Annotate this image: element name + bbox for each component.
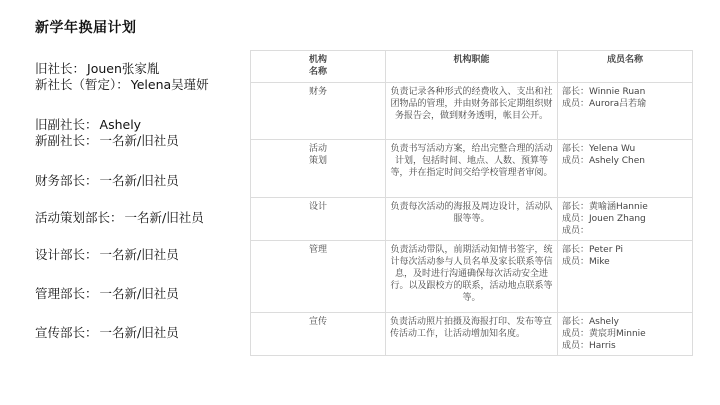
dept-name: 活动 策划 [251,140,386,198]
role-label: 宣传部长： [35,325,98,340]
role-label: 设计部长： [35,247,98,262]
member-line: 部长：Ashely [562,316,688,328]
dept-name: 财务 [251,83,386,140]
member-line: 成员：Harris [562,340,688,352]
role-label: 活动策划部长： [35,210,123,225]
role-publicity-head: 宣传部长：一名新/旧社员 [35,325,179,341]
org-table: 机构 名称 机构职能 成员名称 财务 负责记录各种形式的经费收入、支出和社团物品… [250,50,693,356]
page-title: 新学年换届计划 [35,17,137,37]
member-line: 成员：黄宸玥Minnie [562,328,688,340]
role-value: Yelena吴瑾妍 [131,77,209,92]
role-value: 一名新/旧社员 [100,325,179,340]
role-value: Ashely [100,117,142,132]
role-label: 旧副社长： [35,117,98,132]
role-management-head: 管理部长：一名新/旧社员 [35,286,179,302]
member-line: 成员：Mike [562,256,688,268]
role-value: 一名新/旧社员 [100,173,179,188]
dept-members: 部长：Winnie Ruan 成员：Aurora吕若瑜 [558,83,693,140]
header-dept: 机构 名称 [251,51,386,83]
role-value: 一名新/旧社员 [125,210,204,225]
role-planning-head: 活动策划部长：一名新/旧社员 [35,210,204,226]
member-line: 部长：Peter Pi [562,244,688,256]
table-row: 财务 负责记录各种形式的经费收入、支出和社团物品的管理，并由财务部长定期组织财务… [251,83,693,140]
role-label: 财务部长： [35,173,98,188]
header-duty: 机构职能 [386,51,558,83]
role-label: 新副社长： [35,133,98,148]
member-line: 成员： [562,225,688,237]
role-value: 一名新/旧社员 [100,286,179,301]
member-line: 部长：Yelena Wu [562,143,688,155]
member-line: 成员：Aurora吕若瑜 [562,98,688,110]
member-line: 部长：Winnie Ruan [562,86,688,98]
table-row: 管理 负责活动带队，前期活动知情书签字，统计每次活动参与人员名单及家长联系等信息… [251,241,693,313]
dept-duty: 负责活动带队，前期活动知情书签字，统计每次活动参与人员名单及家长联系等信息，及时… [386,241,558,313]
role-value: 一名新/旧社员 [100,133,179,148]
member-line: 成员：Ashely Chen [562,155,688,167]
dept-duty: 负责活动照片拍摄及海报打印、发布等宣传活动工作，让活动增加知名度。 [386,313,558,356]
dept-name: 宣传 [251,313,386,356]
header-members: 成员名称 [558,51,693,83]
role-old-president: 旧社长：Jouen张家胤 [35,61,159,77]
role-new-president: 新社长（暂定）：Yelena吴瑾妍 [35,77,209,93]
member-line: 部长：黄喻涵Hannie [562,201,688,213]
table-row: 活动 策划 负责书写活动方案，给出完整合理的活动计划，包括时间、地点、人数、预算… [251,140,693,198]
dept-members: 部长：Ashely 成员：黄宸玥Minnie 成员：Harris [558,313,693,356]
dept-members: 部长：Yelena Wu 成员：Ashely Chen [558,140,693,198]
dept-duty: 负责每次活动的海报及周边设计，活动队服等等。 [386,198,558,241]
role-design-head: 设计部长：一名新/旧社员 [35,247,179,263]
role-value: 一名新/旧社员 [100,247,179,262]
dept-duty: 负责记录各种形式的经费收入、支出和社团物品的管理，并由财务部长定期组织财务报告会… [386,83,558,140]
role-label: 新社长（暂定）： [35,77,129,92]
role-value: Jouen张家胤 [87,61,159,76]
dept-duty: 负责书写活动方案，给出完整合理的活动计划，包括时间、地点、人数、预算等等，并在指… [386,140,558,198]
role-label: 旧社长： [35,61,85,76]
role-new-vice-president: 新副社长：一名新/旧社员 [35,133,179,149]
table-row: 设计 负责每次活动的海报及周边设计，活动队服等等。 部长：黄喻涵Hannie 成… [251,198,693,241]
dept-name: 设计 [251,198,386,241]
dept-name: 管理 [251,241,386,313]
table-row: 宣传 负责活动照片拍摄及海报打印、发布等宣传活动工作，让活动增加知名度。 部长：… [251,313,693,356]
role-finance-head: 财务部长：一名新/旧社员 [35,173,179,189]
member-line: 成员：Jouen Zhang [562,213,688,225]
role-label: 管理部长： [35,286,98,301]
table-header-row: 机构 名称 机构职能 成员名称 [251,51,693,83]
role-old-vice-president: 旧副社长：Ashely [35,117,141,133]
dept-members: 部长：黄喻涵Hannie 成员：Jouen Zhang 成员： [558,198,693,241]
dept-members: 部长：Peter Pi 成员：Mike [558,241,693,313]
